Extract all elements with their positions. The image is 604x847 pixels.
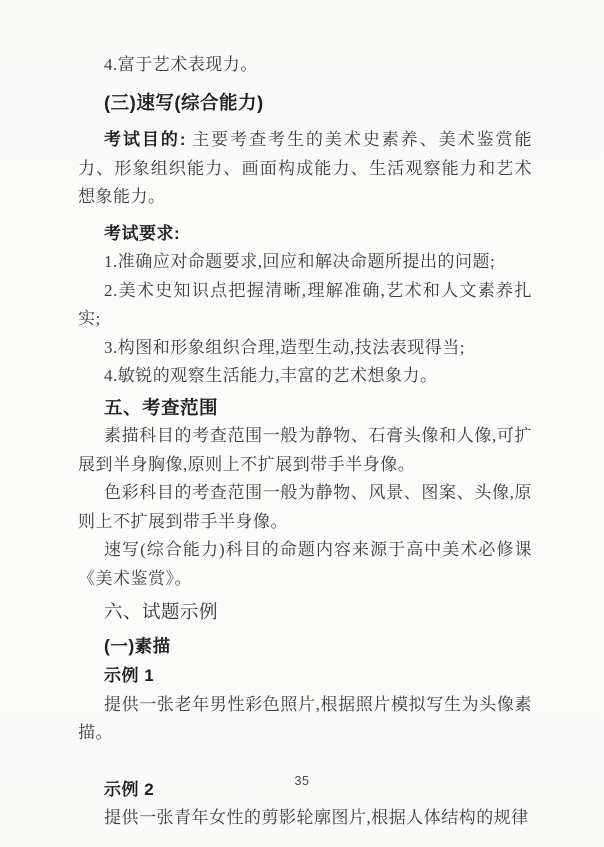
paragraph-example2: 提供一张青年女性的剪影轮廓图片,根据人体结构的规律	[78, 804, 532, 833]
item-artistic-expression: 4.富于艺术表现力。	[78, 51, 532, 80]
example1-label: 示例 1	[78, 662, 532, 691]
paragraph-scope-sketch: 素描科目的考查范围一般为静物、石膏头像和人像,可扩展到半身胸像,原则上不扩展到带…	[78, 422, 532, 479]
document-content: 4.富于艺术表现力。 (三)速写(综合能力) 考试目的: 主要考查考生的美术史素…	[78, 0, 532, 833]
requirement-4: 4.敏锐的观察生活能力,丰富的艺术想象力。	[78, 362, 532, 391]
section-heading-scope: 五、考查范围	[78, 394, 532, 423]
paragraph-example1: 提供一张老年男性彩色照片,根据照片模拟写生为头像素描。	[78, 691, 532, 748]
section-heading-sketch-comprehensive: (三)速写(综合能力)	[78, 89, 532, 118]
paragraph-exam-purpose: 考试目的: 主要考查考生的美术史素养、美术鉴赏能力、形象组织能力、画面构成能力、…	[78, 126, 532, 212]
requirement-1: 1.准确应对命题要求,回应和解决命题所提出的问题;	[78, 248, 532, 277]
document-page: 4.富于艺术表现力。 (三)速写(综合能力) 考试目的: 主要考查考生的美术史素…	[0, 0, 604, 847]
requirement-2: 2.美术史知识点把握清晰,理解准确,艺术和人文素养扎实;	[78, 277, 532, 334]
subsection-heading-sketch: (一)素描	[78, 632, 532, 661]
paragraph-scope-color: 色彩科目的考查范围一般为静物、风景、图案、头像,原则上不扩展到带手半身像。	[78, 479, 532, 536]
paragraph-scope-quicksketch: 速写(综合能力)科目的命题内容来源于高中美术必修课《美术鉴赏》。	[78, 536, 532, 593]
exam-purpose-label: 考试目的:	[104, 130, 186, 149]
section-heading-examples: 六、试题示例	[78, 598, 532, 627]
requirement-3: 3.构图和形象组织合理,造型生动,技法表现得当;	[78, 334, 532, 363]
page-number: 35	[0, 774, 604, 788]
exam-requirements-label: 考试要求:	[78, 220, 532, 249]
